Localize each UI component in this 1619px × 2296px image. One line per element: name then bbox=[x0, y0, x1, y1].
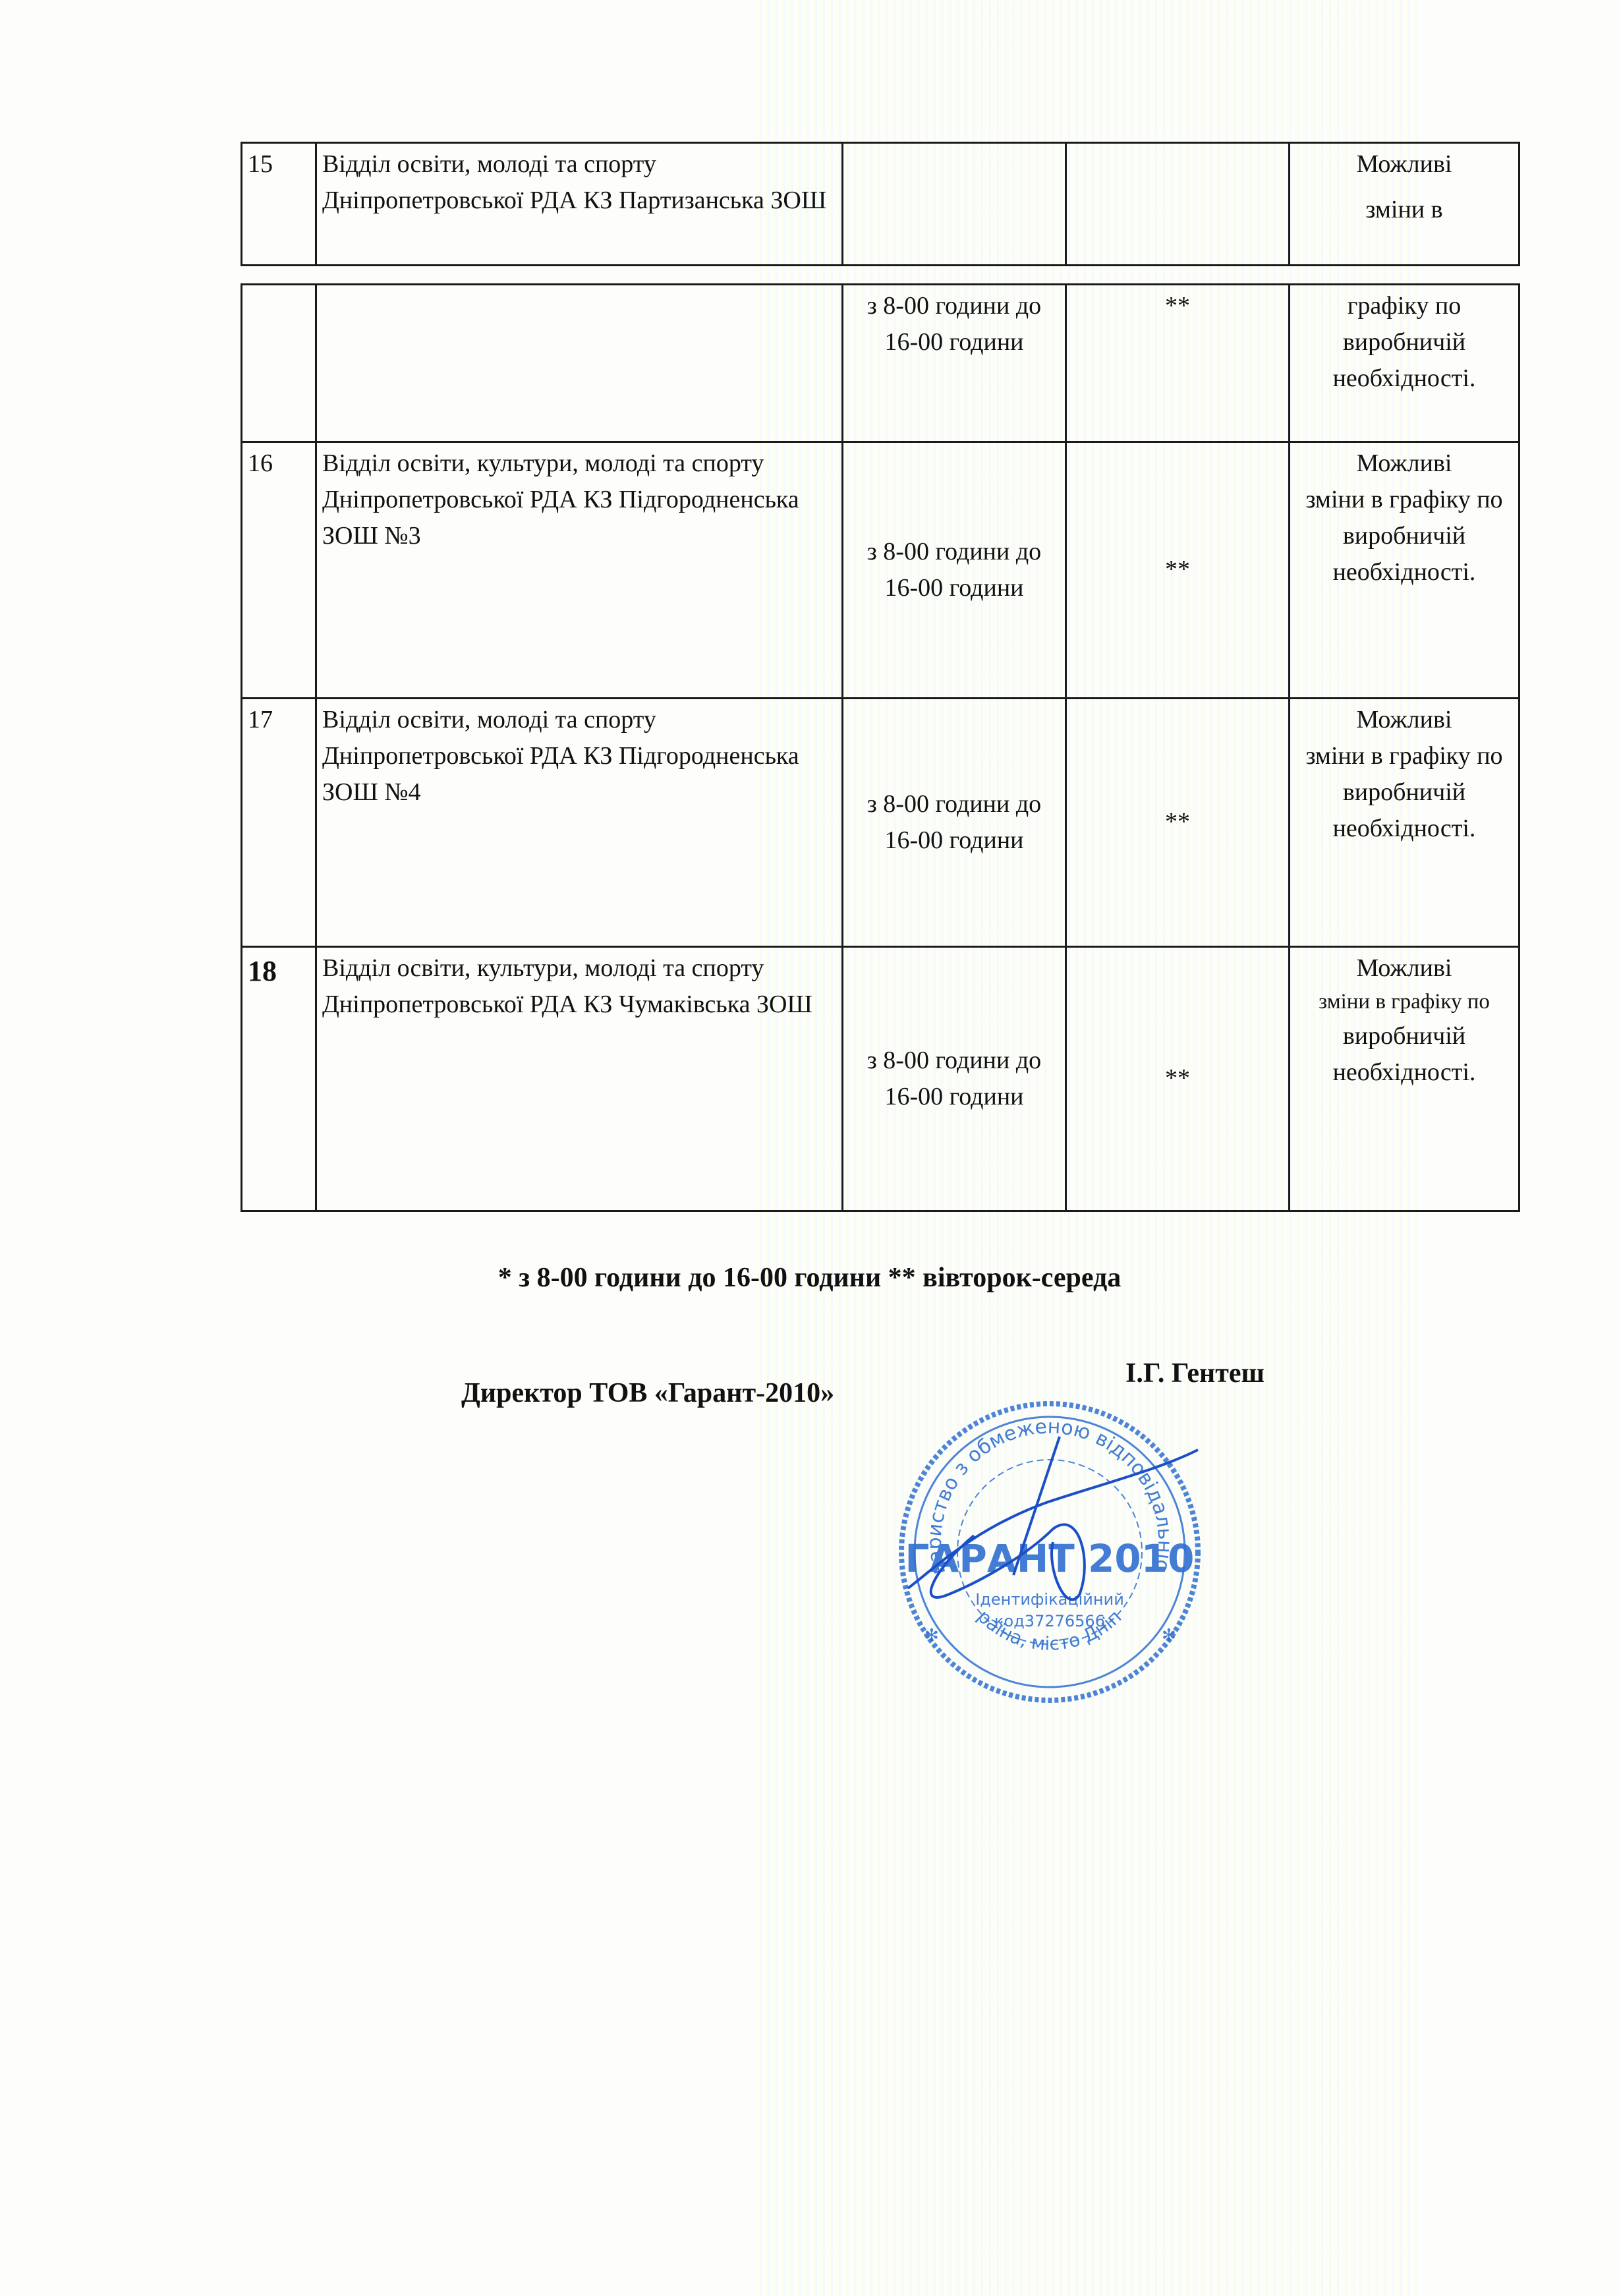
note-line: зміни в графіку по bbox=[1295, 738, 1513, 774]
note-line: Можливі bbox=[1295, 950, 1513, 987]
note-line: зміни в bbox=[1295, 192, 1513, 228]
days-cell: ** bbox=[1066, 285, 1290, 442]
table-row: з 8-00 години до 16-00 години ** графіку… bbox=[242, 285, 1520, 442]
note-cell: Можливі зміни в графіку по виробничій не… bbox=[1290, 947, 1520, 1211]
note-line: необхідності. bbox=[1295, 360, 1513, 397]
organization-cell: Відділ освіти, молоді та спорту Дніпропе… bbox=[316, 143, 843, 266]
row-number: 16 bbox=[242, 442, 316, 699]
note-line: зміни в графіку по bbox=[1295, 987, 1513, 1018]
row-number bbox=[242, 285, 316, 442]
row-number: 18 bbox=[242, 947, 316, 1211]
row-number: 15 bbox=[242, 143, 316, 266]
company-stamp-icon: Товариство з обмеженою відповідальністю … bbox=[895, 1397, 1205, 1707]
time-cell: з 8-00 години до 16-00 години bbox=[843, 699, 1066, 947]
note-line: необхідності. bbox=[1295, 554, 1513, 590]
table-row: 18 Відділ освіти, культури, молоді та сп… bbox=[242, 947, 1520, 1211]
note-line: виробничій bbox=[1295, 324, 1513, 360]
organization-cell: Відділ освіти, культури, молоді та спорт… bbox=[316, 947, 843, 1211]
footnote: * з 8-00 години до 16-00 години ** вівто… bbox=[0, 1262, 1619, 1294]
days-cell: ** bbox=[1066, 947, 1290, 1211]
note-cell: графіку по виробничій необхідності. bbox=[1290, 285, 1520, 442]
time-cell bbox=[843, 143, 1066, 266]
note-line: виробничій bbox=[1295, 774, 1513, 811]
signer-name: І.Г. Гентеш bbox=[1125, 1358, 1264, 1389]
note-line: Можливі bbox=[1295, 702, 1513, 738]
stamp-id-label: Ідентифікаційний bbox=[975, 1590, 1124, 1609]
table-row: 16 Відділ освіти, культури, молоді та сп… bbox=[242, 442, 1520, 699]
table-row: 17 Відділ освіти, молоді та спорту Дніпр… bbox=[242, 699, 1520, 947]
note-line: Можливі bbox=[1295, 146, 1513, 183]
note-line: зміни в графіку по bbox=[1295, 482, 1513, 518]
days-cell bbox=[1066, 143, 1290, 266]
note-cell: Можливі зміни в графіку по виробничій не… bbox=[1290, 442, 1520, 699]
svg-text:✻: ✻ bbox=[924, 1626, 939, 1646]
note-line: необхідності. bbox=[1295, 1054, 1513, 1091]
organization-cell bbox=[316, 285, 843, 442]
time-cell: з 8-00 години до 16-00 години bbox=[843, 947, 1066, 1211]
days-cell: ** bbox=[1066, 442, 1290, 699]
table-row: 15 Відділ освіти, молоді та спорту Дніпр… bbox=[242, 143, 1520, 266]
note-line: графіку по bbox=[1295, 288, 1513, 324]
svg-text:✻: ✻ bbox=[1162, 1626, 1176, 1646]
note-line: необхідності. bbox=[1295, 811, 1513, 847]
organization-cell: Відділ освіти, культури, молоді та спорт… bbox=[316, 442, 843, 699]
schedule-table-part-1: 15 Відділ освіти, молоді та спорту Дніпр… bbox=[241, 142, 1520, 266]
schedule-table-part-2: з 8-00 години до 16-00 години ** графіку… bbox=[241, 283, 1520, 1212]
time-cell: з 8-00 години до 16-00 години bbox=[843, 285, 1066, 442]
row-number: 17 bbox=[242, 699, 316, 947]
stamp-id-code: код37276566 bbox=[994, 1612, 1105, 1630]
note-line: виробничій bbox=[1295, 1018, 1513, 1054]
note-cell: Можливі зміни в графіку по виробничій не… bbox=[1290, 699, 1520, 947]
note-line: виробничій bbox=[1295, 518, 1513, 554]
signer-position: Директор ТОВ «Гарант-2010» bbox=[461, 1377, 834, 1409]
organization-cell: Відділ освіти, молоді та спорту Дніпропе… bbox=[316, 699, 843, 947]
note-line: Можливі bbox=[1295, 445, 1513, 482]
days-cell: ** bbox=[1066, 699, 1290, 947]
note-cell: Можливі зміни в bbox=[1290, 143, 1520, 266]
time-cell: з 8-00 години до 16-00 години bbox=[843, 442, 1066, 699]
